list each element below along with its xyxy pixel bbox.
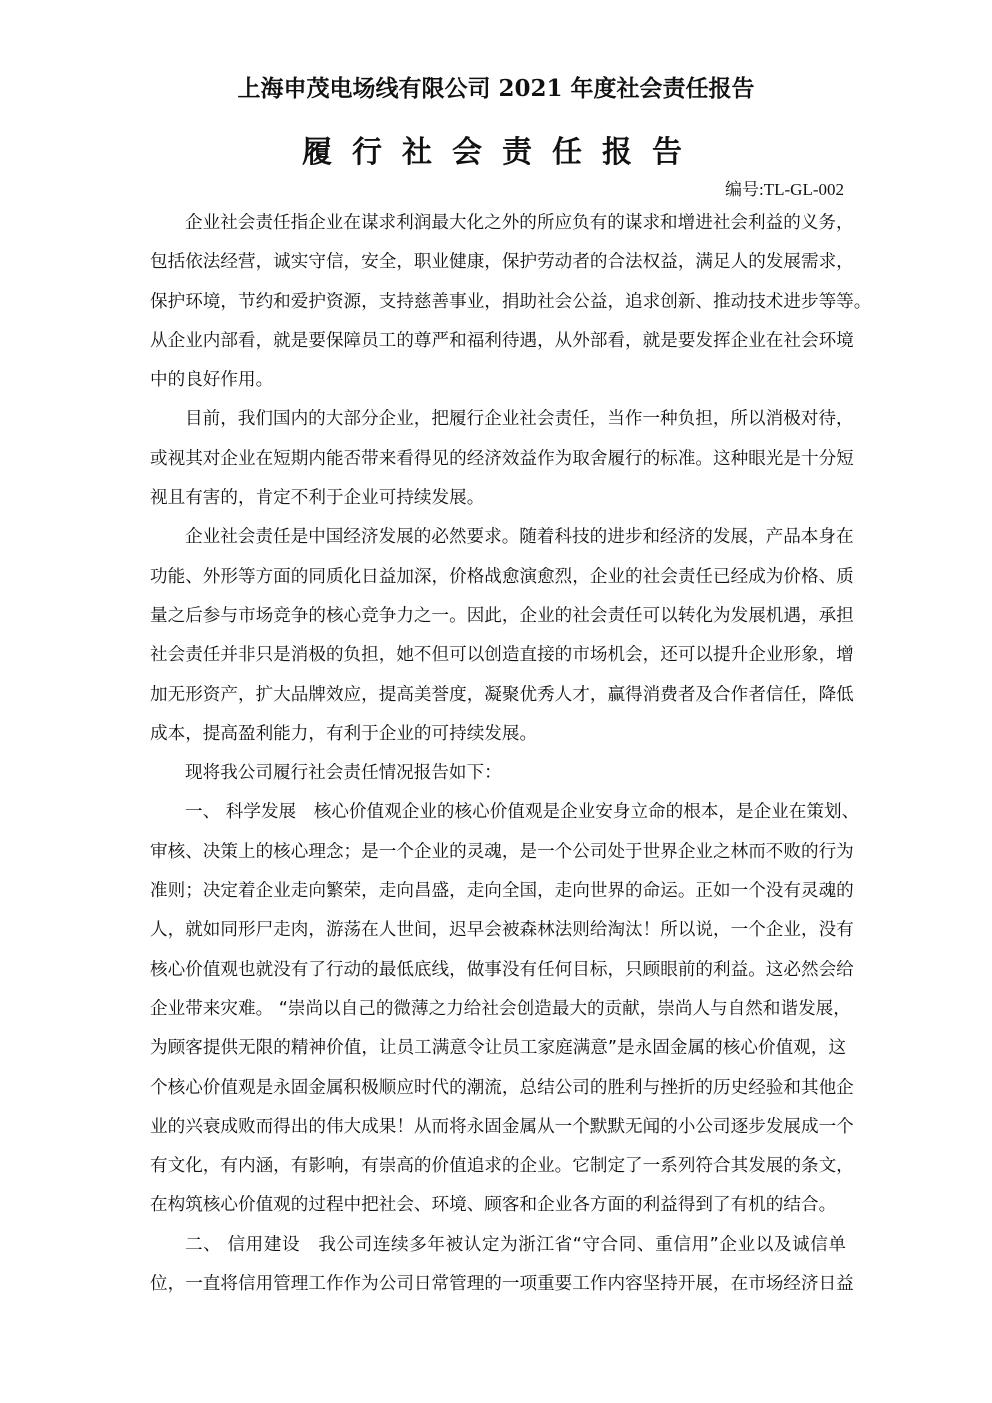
text-line: 保护环境，节约和爱护资源，支持慈善事业，捐助社会公益，追求创新、推动技术进步等等… xyxy=(150,283,846,322)
paragraph-definition: 企业社会责任指企业在谋求利润最大化之外的所应负有的谋求和增进社会利益的义务， 包… xyxy=(150,204,846,400)
text-line: 为顾客提供无限的精神价值，让员工满意令让员工家庭满意”是永固金属的核心价值观，这 xyxy=(150,1029,846,1068)
document-number: 编号:TL-GL-002 xyxy=(725,175,844,200)
document-subtitle: 履行社会责任报告 xyxy=(0,127,992,171)
text-line: 二、 信用建设 我公司连续多年被认定为浙江省“守合同、重信用”企业以及诚信单 xyxy=(150,1226,846,1265)
text-line: 量之后参与市场竞争的核心竞争力之一。因此，企业的社会责任可以转化为发展机遇，承担 xyxy=(150,597,846,636)
text-line: 企业社会责任指企业在谋求利润最大化之外的所应负有的谋求和增进社会利益的义务， xyxy=(150,204,846,243)
document-page: 上海申茂电场线有限公司 2021 年度社会责任报告 履行社会责任报告 编号:TL… xyxy=(0,0,992,1403)
paragraph-current-situation: 目前，我们国内的大部分企业，把履行企业社会责任，当作一种负担，所以消极对待， 或… xyxy=(150,400,846,518)
text-line: 功能、外形等方面的同质化日益加深，价格战愈演愈烈，企业的社会责任已经成为价格、质 xyxy=(150,558,846,597)
text-line: 包括依法经营，诚实守信，安全，职业健康，保护劳动者的合法权益，满足人的发展需求， xyxy=(150,243,846,282)
text-line: 人，就如同形尸走肉，游荡在人世间，迟早会被森林法则给淘汰！所以说，一个企业，没有 xyxy=(150,911,846,950)
text-line: 加无形资产，扩大品牌效应，提高美誉度，凝聚优秀人才，赢得消费者及合作者信任，降低 xyxy=(150,676,846,715)
text-line: 位，一直将信用管理工作作为公司日常管理的一项重要工作内容坚持开展，在市场经济日益 xyxy=(150,1265,846,1304)
text-line: 核心价值观也就没有了行动的最低底线，做事没有任何目标，只顾眼前的利益。这必然会给 xyxy=(150,951,846,990)
text-line: 中的良好作用。 xyxy=(150,361,846,400)
section-scientific-development: 一、 科学发展 核心价值观企业的核心价值观是企业安身立命的根本，是企业在策划、 … xyxy=(150,793,846,1225)
text-line: 从企业内部看，就是要保障员工的尊严和福利待遇，从外部看，就是要发挥企业在社会环境 xyxy=(150,322,846,361)
text-line: 目前，我们国内的大部分企业，把履行企业社会责任，当作一种负担，所以消极对待， xyxy=(150,400,846,439)
text-line: 视且有害的，肯定不利于企业可持续发展。 xyxy=(150,479,846,518)
text-line: 一、 科学发展 核心价值观企业的核心价值观是企业安身立命的根本，是企业在策划、 xyxy=(150,793,846,832)
text-line: 成本，提高盈利能力，有利于企业的可持续发展。 xyxy=(150,715,846,754)
document-body: 企业社会责任指企业在谋求利润最大化之外的所应负有的谋求和增进社会利益的义务， 包… xyxy=(150,204,846,1304)
text-line: 个核心价值观是永固金属积极顺应时代的潮流，总结公司的胜利与挫折的历史经验和其他企 xyxy=(150,1069,846,1108)
text-line: 企业社会责任是中国经济发展的必然要求。随着科技的进步和经济的发展，产品本身在 xyxy=(150,518,846,557)
text-line: 审核、决策上的核心理念；是一个企业的灵魂，是一个公司处于世界企业之林而不败的行为 xyxy=(150,833,846,872)
paragraph-economic-requirement: 企业社会责任是中国经济发展的必然要求。随着科技的进步和经济的发展，产品本身在 功… xyxy=(150,518,846,754)
text-line: 社会责任并非只是消极的负担，她不但可以创造直接的市场机会，还可以提升企业形象，增 xyxy=(150,636,846,675)
text-line: 或视其对企业在短期内能否带来看得见的经济效益作为取舍履行的标准。这种眼光是十分短 xyxy=(150,440,846,479)
text-line: 有文化，有内涵，有影响，有崇高的价值追求的企业。它制定了一系列符合其发展的条文， xyxy=(150,1147,846,1186)
text-line: 现将我公司履行社会责任情况报告如下： xyxy=(150,754,846,793)
text-line: 准则；决定着企业走向繁荣，走向昌盛，走向全国，走向世界的命运。正如一个没有灵魂的 xyxy=(150,872,846,911)
text-line: 业的兴衰成败而得出的伟大成果！从而将永固金属从一个默默无闻的小公司逐步发展成一个 xyxy=(150,1108,846,1147)
text-line: 在构筑核心价值观的过程中把社会、环境、顾客和企业各方面的利益得到了有机的结合。 xyxy=(150,1186,846,1225)
section-credit-building: 二、 信用建设 我公司连续多年被认定为浙江省“守合同、重信用”企业以及诚信单 位… xyxy=(150,1226,846,1305)
text-line: 企业带来灾难。 “崇尚以自己的微薄之力给社会创造最大的贡献，崇尚人与自然和谐发展… xyxy=(150,990,846,1029)
document-title: 上海申茂电场线有限公司 2021 年度社会责任报告 xyxy=(0,70,992,103)
paragraph-report-intro: 现将我公司履行社会责任情况报告如下： xyxy=(150,754,846,793)
